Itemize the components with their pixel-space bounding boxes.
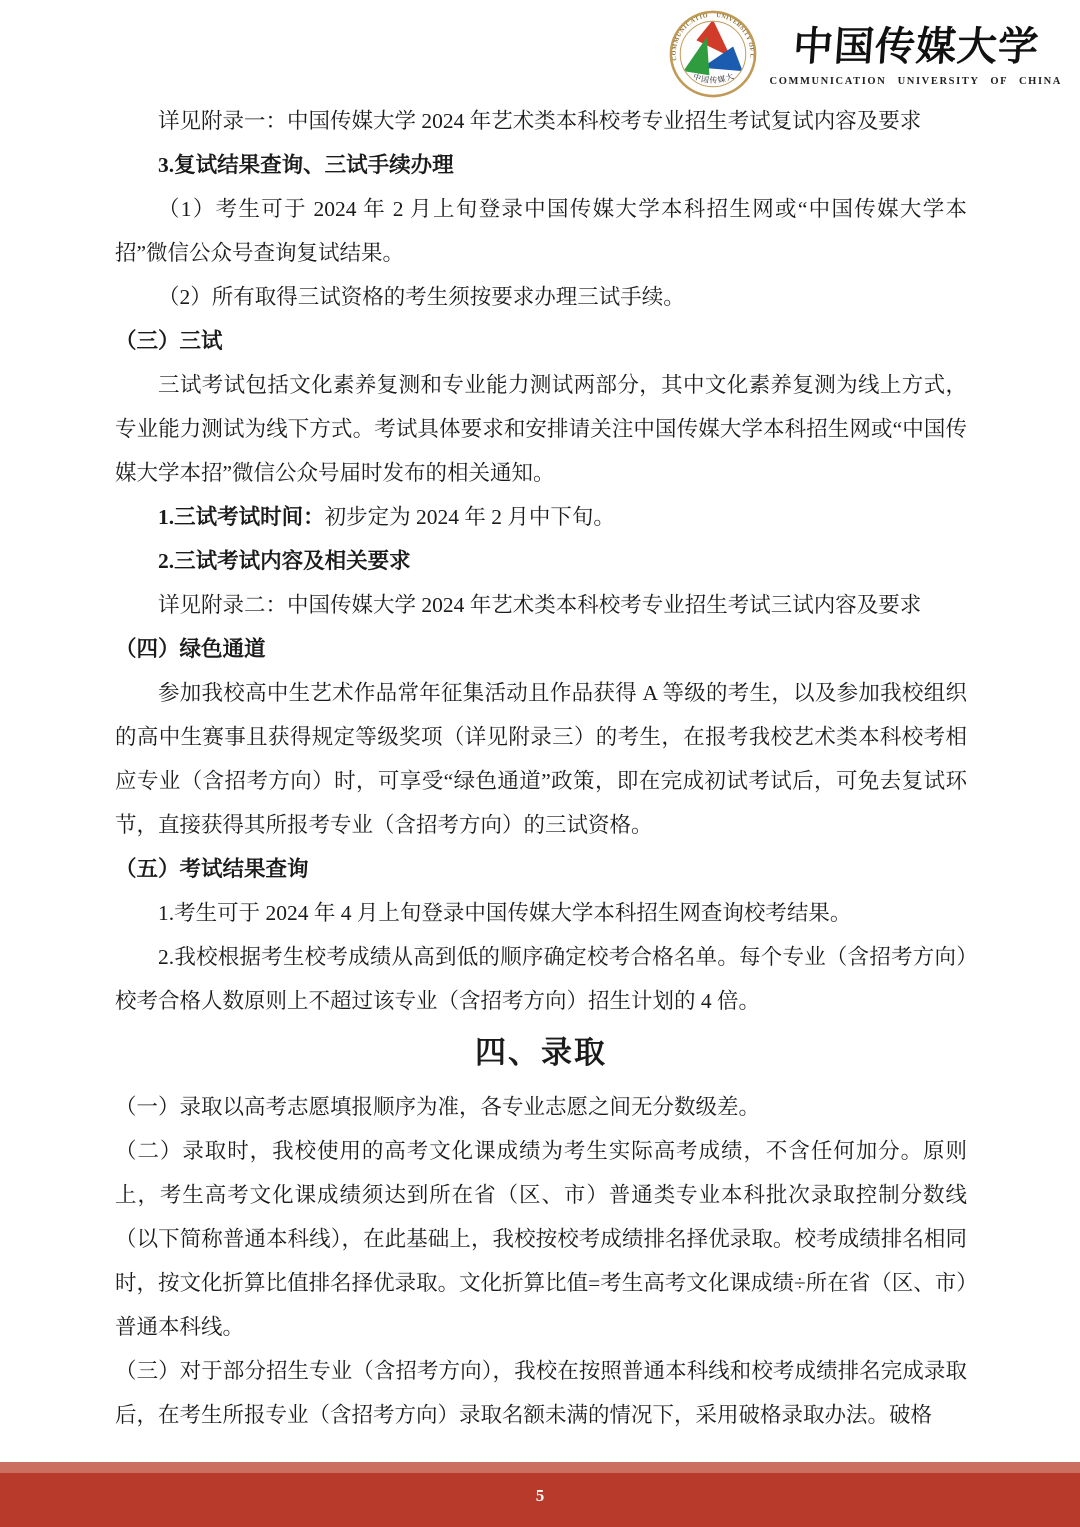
paragraph: 详见附录一：中国传媒大学 2024 年艺术类本科校考专业招生考试复试内容及要求 [115,99,967,143]
logo-text-block: 中国传媒大学 COMMUNICATION UNIVERSITY OF CHINA [770,21,1062,87]
paragraph: 三试考试包括文化素养复测和专业能力测试两部分，其中文化素养复测为线上方式，专业能… [115,363,967,495]
paragraph: （三）对于部分招生专业（含招考方向），我校在按照普通本科线和校考成绩排名完成录取… [115,1349,967,1437]
paragraph: 2.我校根据考生校考成绩从高到低的顺序确定校考合格名单。每个专业（含招考方向）校… [115,935,967,1023]
paragraph: （二）录取时，我校使用的高考文化课成绩为考生实际高考成绩，不含任何加分。原则上，… [115,1129,967,1349]
paragraph-bold-label: 1.三试考试时间： [158,505,325,529]
paragraph: 详见附录二：中国传媒大学 2024 年艺术类本科校考专业招生考试三试内容及要求 [115,583,967,627]
document-body: 详见附录一：中国传媒大学 2024 年艺术类本科校考专业招生考试复试内容及要求3… [115,99,967,1437]
paragraph: 1.三试考试时间：初步定为 2024 年 2 月中下旬。 [115,495,967,539]
document-page: COMMUNICATION UNIVERSITY OF CHINA 中国传媒大学… [0,0,1080,1527]
paragraph: （2）所有取得三试资格的考生须按要求办理三试手续。 [115,275,967,319]
footer-accent-strip [0,1462,1080,1473]
paragraph: （一）录取以高考志愿填报顺序为准，各专业志愿之间无分数级差。 [115,1085,967,1129]
university-seal-icon: COMMUNICATION UNIVERSITY OF CHINA 中国传媒大学 [668,8,758,100]
university-subtitle: COMMUNICATION UNIVERSITY OF CHINA [770,76,1062,87]
footer-bar: 5 [0,1473,1080,1527]
page-footer: 5 [0,1462,1080,1527]
subsection-heading: （四）绿色通道 [115,627,967,671]
paragraph: 2.三试考试内容及相关要求 [115,539,967,583]
paragraph: 参加我校高中生艺术作品常年征集活动且作品获得 A 等级的考生，以及参加我校组织的… [115,671,967,847]
subsection-heading: （五）考试结果查询 [115,847,967,891]
paragraph: （1）考生可于 2024 年 2 月上旬登录中国传媒大学本科招生网或“中国传媒大… [115,187,967,275]
paragraph: 1.考生可于 2024 年 4 月上旬登录中国传媒大学本科招生网查询校考结果。 [115,891,967,935]
university-logo: COMMUNICATION UNIVERSITY OF CHINA 中国传媒大学… [668,8,1062,100]
university-wordmark: 中国传媒大学 [791,21,1041,73]
paragraph: 3.复试结果查询、三试手续办理 [115,143,967,187]
page-number: 5 [536,1486,545,1506]
section-title: 四、录取 [115,1028,967,1078]
subsection-heading: （三）三试 [115,319,967,363]
